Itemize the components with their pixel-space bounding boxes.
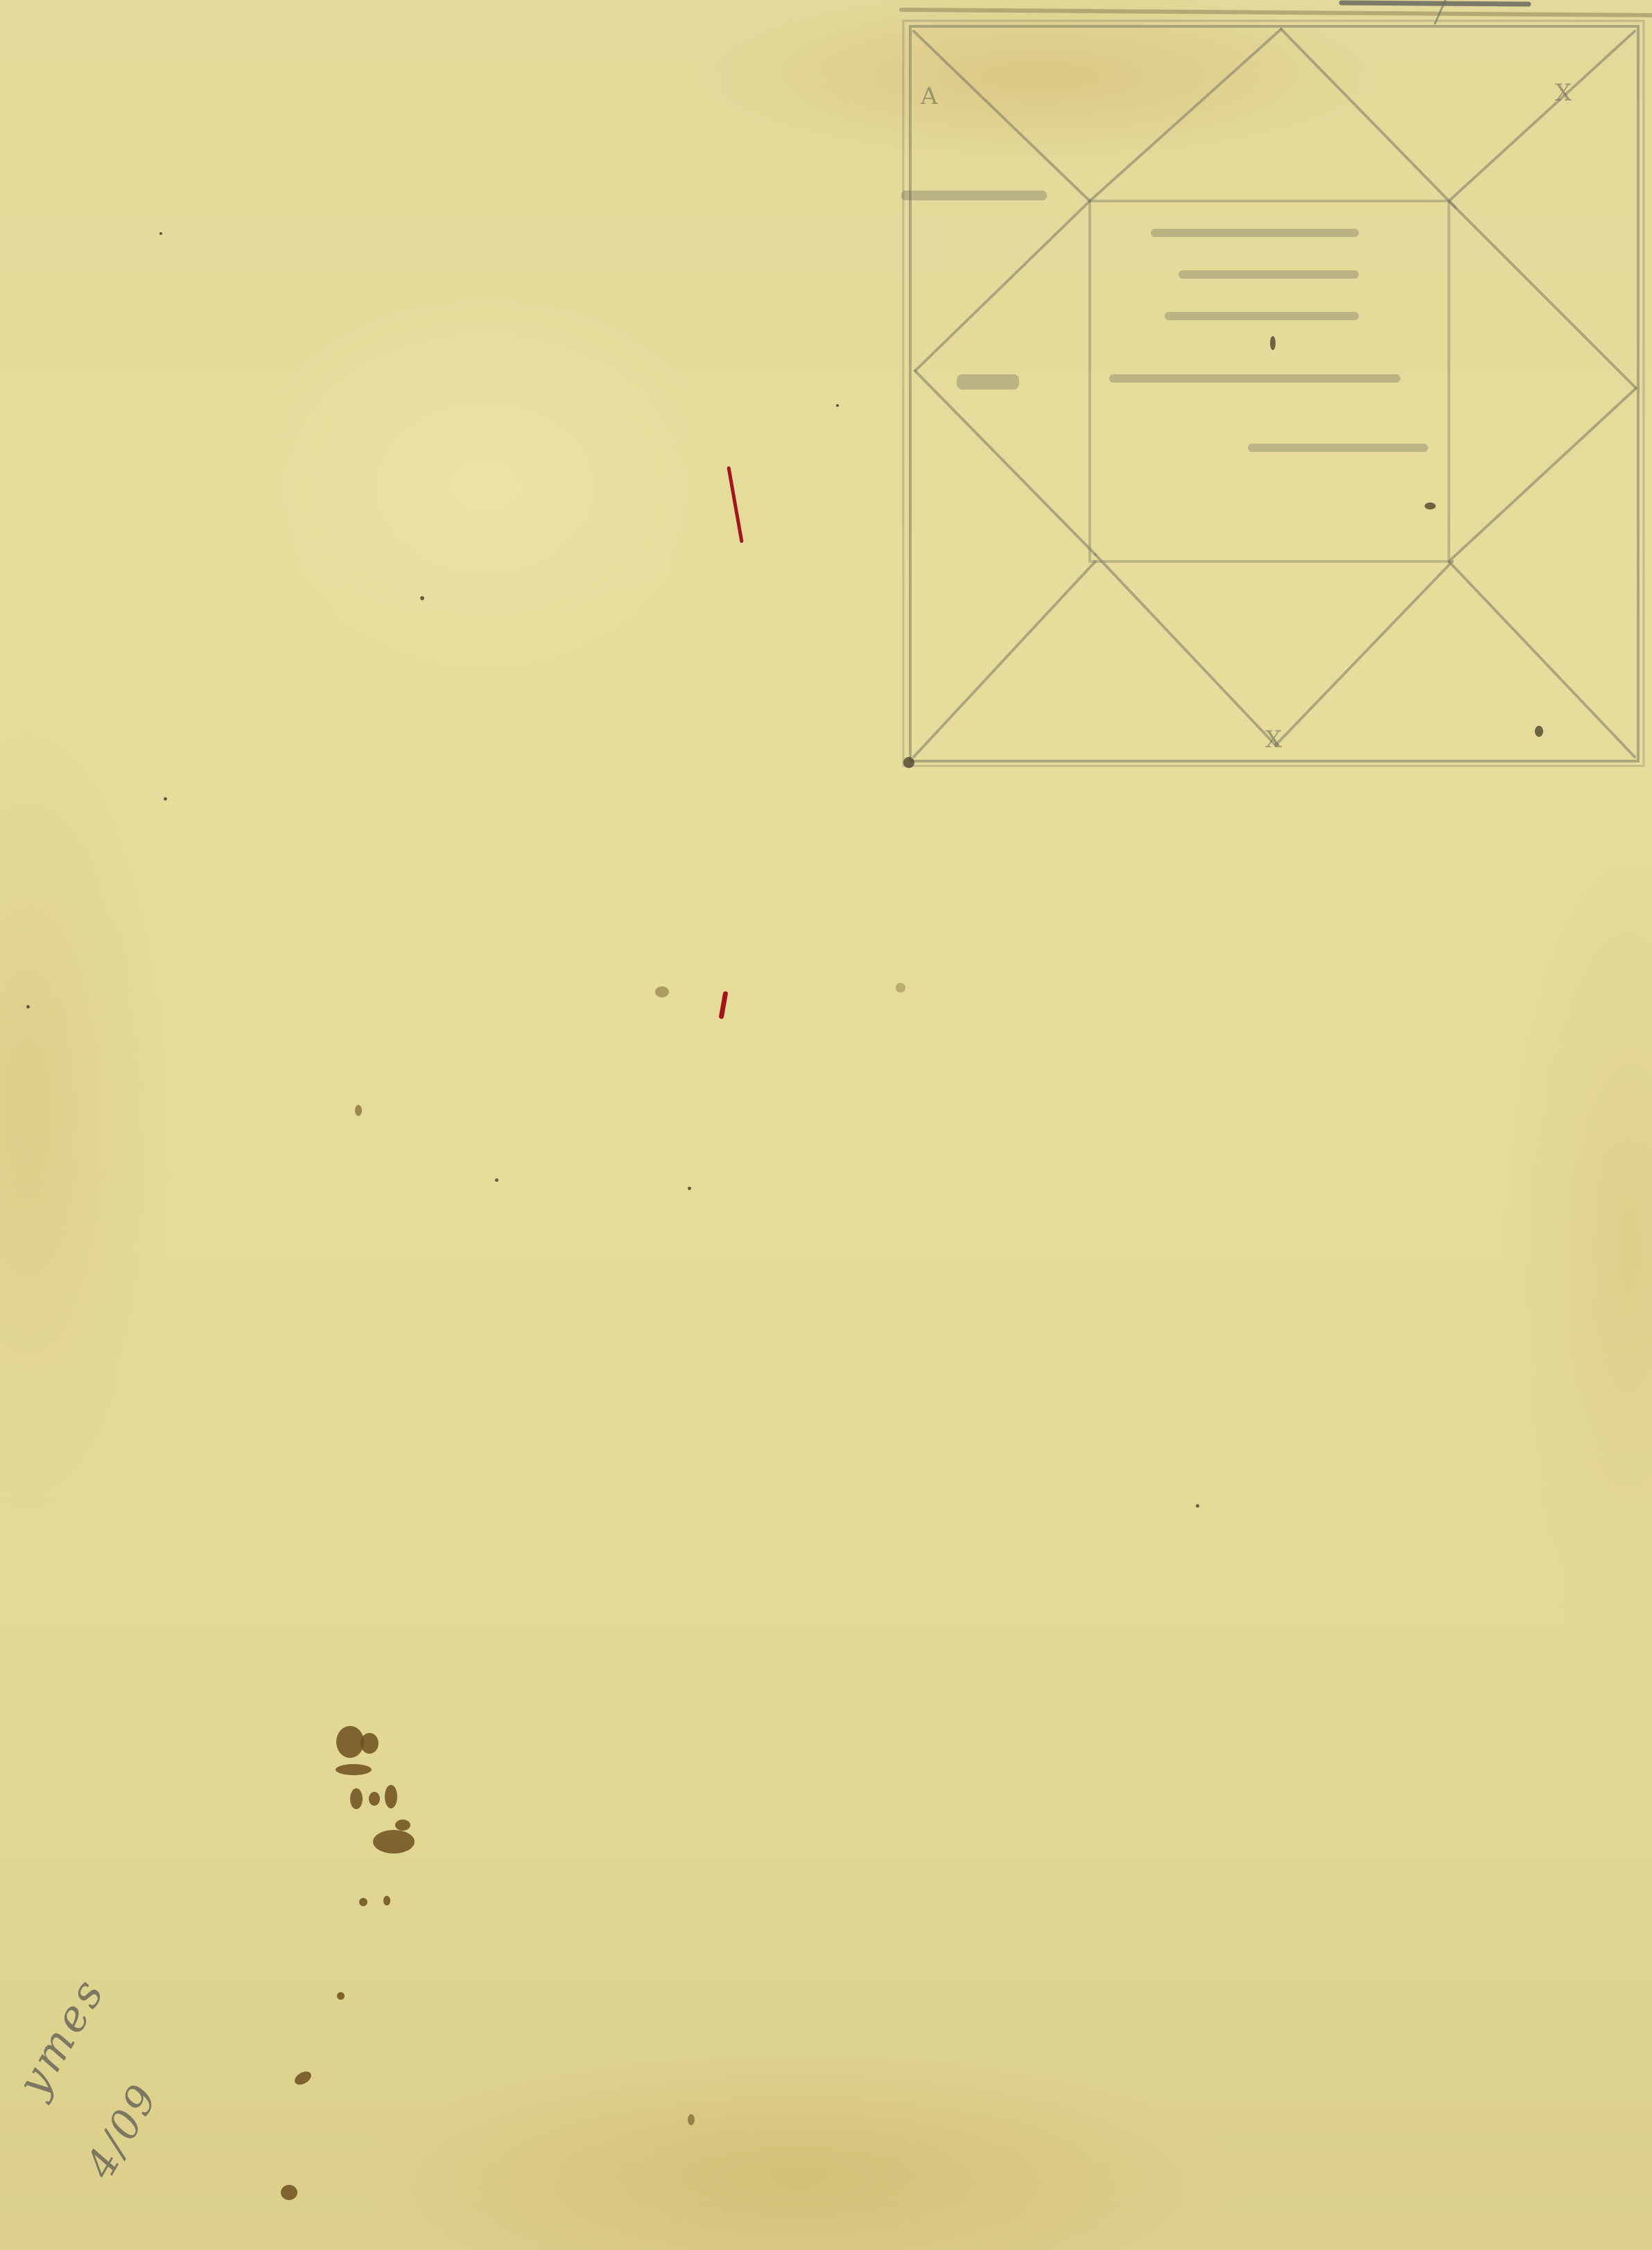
chart-label-x-bottom: X [1265, 726, 1283, 753]
aged-paper-page: A X X [0, 0, 1652, 2250]
chart-label-a: A [920, 82, 938, 110]
red-ink-mark-lower [719, 991, 729, 1020]
handwritten-annotation-line1: ymes [7, 1968, 115, 2105]
handwritten-annotation-line2: 4/09 [76, 2075, 168, 2186]
pencil-square-chart: A X X [0, 0, 1652, 804]
chart-label-x-top: X [1555, 79, 1572, 107]
